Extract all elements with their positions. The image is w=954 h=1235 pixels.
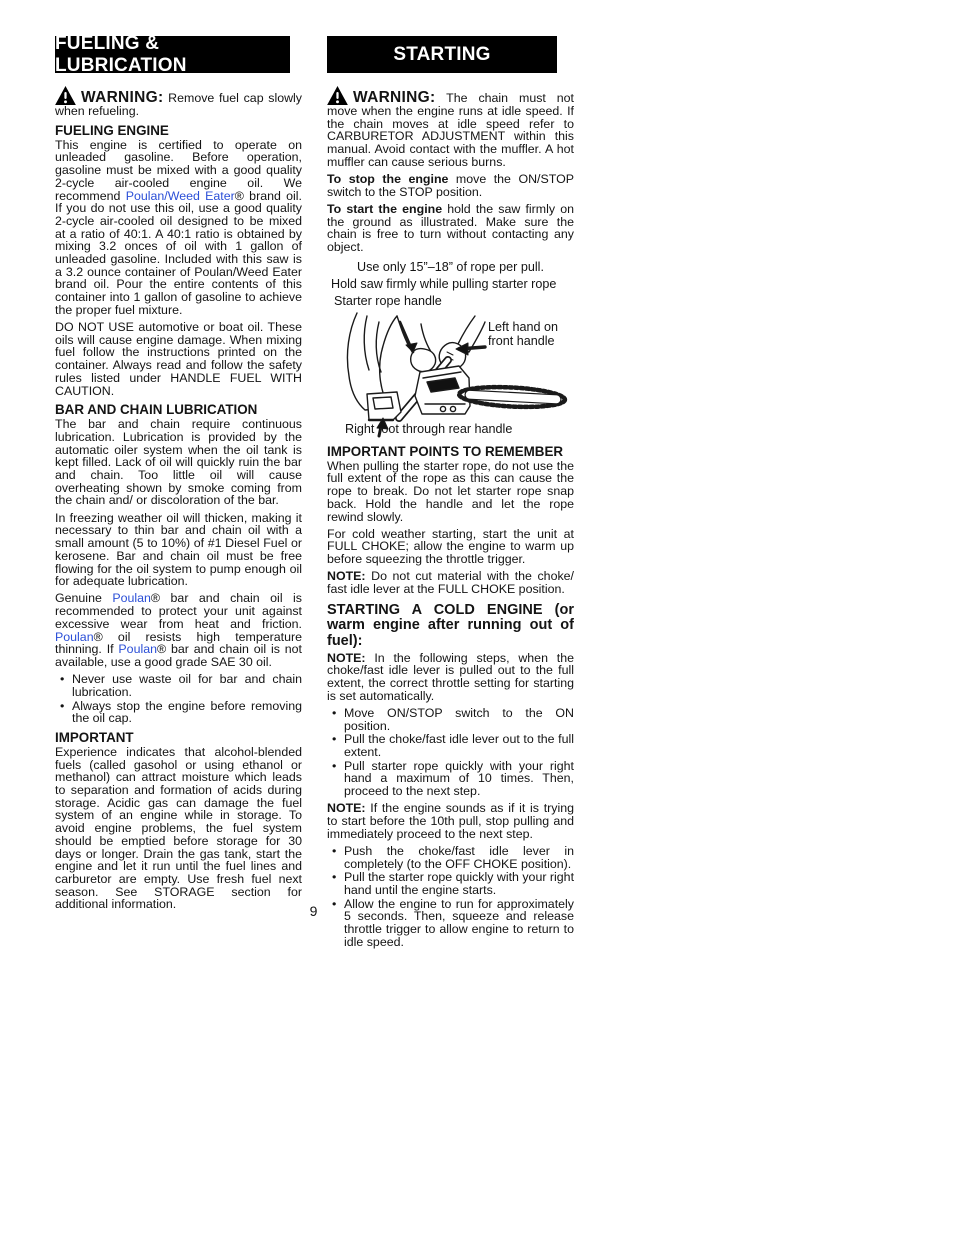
left-column: FUELING & LUBRICATION WARNING: Remove fu… (55, 36, 302, 916)
note-paragraph-2: NOTE: In the following steps, when the c… (327, 652, 574, 703)
warning-triangle-icon (55, 86, 76, 105)
paragraph-fueling-engine: This engine is certified to operate on u… (55, 139, 302, 317)
paragraph-bar-chain-2: In freezing weather oil will thicken, ma… (55, 512, 302, 588)
paragraph-genuine-poulan: Genuine Poulan® bar and chain oil is rec… (55, 592, 302, 668)
note-paragraph-3: NOTE: If the engine sounds as if it is t… (327, 802, 574, 840)
section-header-fueling: FUELING & LUBRICATION (55, 36, 290, 73)
warning-paragraph-fueling: WARNING: Remove fuel cap slowly when ref… (55, 86, 302, 118)
list-item: Push the choke/fast idle lever in comple… (327, 845, 574, 870)
list-item: Allow the engine to run for approximatel… (327, 898, 574, 949)
right-column: STARTING WARNING: The chain must not mov… (327, 36, 574, 950)
paragraph-points-1: When pulling the starter rope, do not us… (327, 460, 574, 524)
heading-important-points: IMPORTANT POINTS TO REMEMBER (327, 445, 574, 459)
left-hand-label: Left hand on front handle (488, 321, 560, 349)
paragraph-bar-chain-1: The bar and chain require continuous lub… (55, 418, 302, 507)
right-foot-label: Right foot through rear handle (345, 423, 575, 437)
rope-length-note: Use only 15”–18” of rope per pull. (327, 260, 574, 274)
warning-triangle-icon (327, 86, 348, 105)
paragraph-important: Experience indicates that alcohol-blende… (55, 746, 302, 911)
heading-bar-chain-lubrication: BAR AND CHAIN LUBRICATION (55, 403, 302, 417)
list-item: Pull starter rope quickly with your righ… (327, 760, 574, 798)
list-item: Always stop the engine before removing t… (55, 700, 302, 725)
section-header-starting-label: STARTING (393, 44, 490, 66)
list-item: Never use waste oil for bar and chain lu… (55, 673, 302, 698)
heading-important: IMPORTANT (55, 731, 302, 745)
heading-fueling-engine: FUELING ENGINE (55, 124, 302, 138)
list-item: Pull the starter rope quickly with your … (327, 871, 574, 896)
manual-page: FUELING & LUBRICATION WARNING: Remove fu… (0, 0, 954, 1235)
note-paragraph-1: NOTE: Do not cut material with the choke… (327, 570, 574, 595)
starter-rope-handle-label: Starter rope handle (334, 294, 574, 308)
paragraph-start-engine: To start the engine hold the saw firmly … (327, 203, 574, 254)
list-item: Move ON/STOP switch to the ON position. (327, 707, 574, 732)
section-header-starting: STARTING (327, 36, 557, 73)
section-header-fueling-label: FUELING & LUBRICATION (55, 33, 290, 77)
heading-cold-engine: STARTING A COLD ENGINE (or warm engine a… (327, 603, 574, 650)
text-segment: ® brand oil. If you do not use this oil,… (55, 189, 302, 317)
paragraph-stop-engine: To stop the engine move the ON/STOP swit… (327, 173, 574, 198)
page-number: 9 (286, 903, 341, 919)
starting-position-figure: Left hand on front handle Right foot thr… (327, 308, 574, 439)
paragraph-points-2: For cold weather starting, start the uni… (327, 528, 574, 566)
hold-saw-note: Hold saw firmly while pulling starter ro… (331, 277, 574, 291)
warning-paragraph-starting: WARNING: The chain must not move when th… (327, 86, 574, 169)
paragraph-do-not-use: DO NOT USE automotive or boat oil. These… (55, 321, 302, 397)
list-item: Pull the choke/fast idle lever out to th… (327, 733, 574, 758)
